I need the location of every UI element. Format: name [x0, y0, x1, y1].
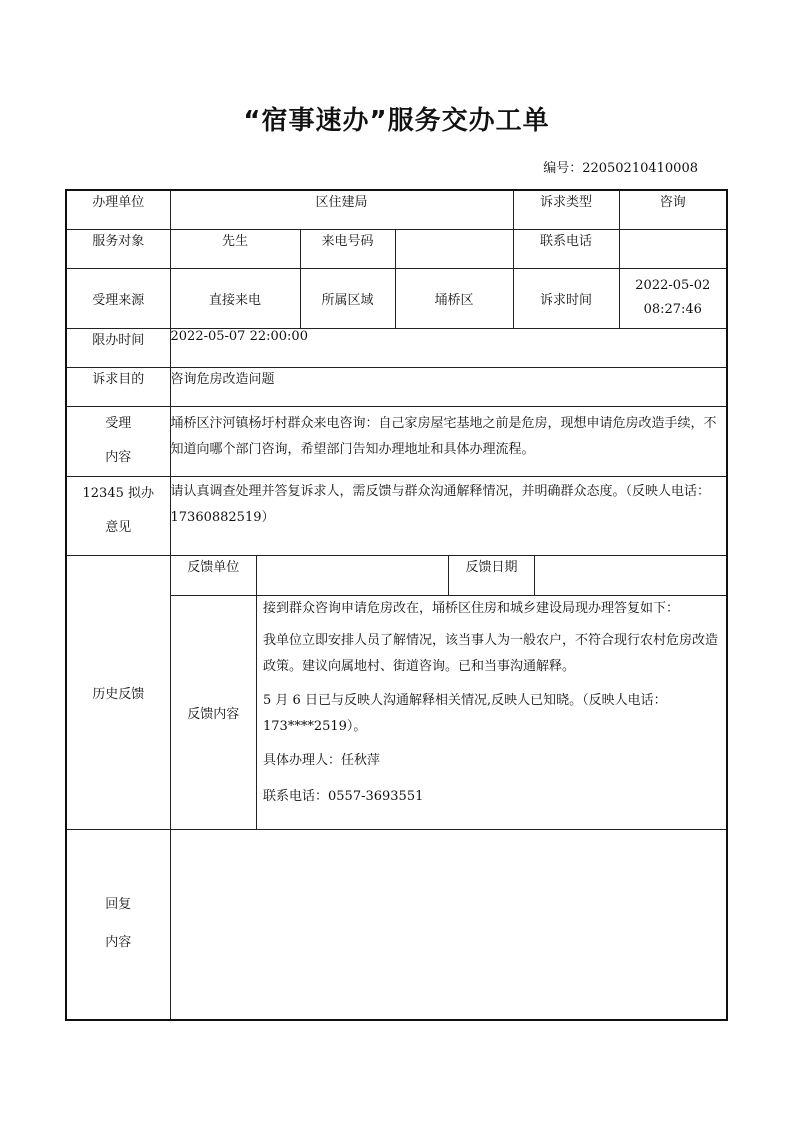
service-target-value: 先生 [170, 229, 300, 268]
document-title: “宿事速办”服务交办工单 [0, 100, 793, 137]
source-label: 受理来源 [66, 268, 170, 328]
feedback-content-label: 反馈内容 [171, 596, 257, 829]
appeal-type-label: 诉求类型 [513, 190, 619, 229]
opinion-label-line1: 12345 拟办 [67, 477, 170, 511]
feedback-paragraph: 我单位立即安排人员了解情况，该当事人为一般农户，不符合现行农村危房改造政策。建议… [263, 628, 720, 680]
content-label: 受理 内容 [66, 406, 170, 476]
caller-number-value [395, 229, 513, 268]
serial-number: 编号：22050210410008 [543, 157, 698, 176]
feedback-unit-value [257, 556, 449, 596]
caller-number-label: 来电号码 [300, 229, 395, 268]
feedback-paragraph: 5 月 6 日已与反映人沟通解释相关情况,反映人已知晓。（反映人电话：173**… [263, 688, 720, 740]
region-label: 所属区域 [300, 268, 395, 328]
reply-content[interactable] [170, 829, 727, 1020]
appeal-type-value: 咨询 [619, 190, 727, 229]
serial-label: 编号： [543, 161, 582, 176]
feedback-date-label: 反馈日期 [449, 556, 535, 596]
opinion-label-line2: 意见 [67, 511, 170, 545]
feedback-date-value [535, 556, 727, 596]
content-label-line1: 受理 [67, 407, 170, 441]
handling-unit-value: 区住建局 [170, 190, 513, 229]
opinion-label: 12345 拟办 意见 [66, 476, 170, 555]
history-label: 历史反馈 [66, 555, 170, 829]
feedback-unit-label: 反馈单位 [171, 556, 257, 596]
deadline-value: 2022-05-07 22:00:00 [170, 328, 727, 367]
feedback-contact-phone: 联系电话：0557-3693551 [263, 784, 720, 810]
history-subtable-cell: 反馈单位 反馈日期 反馈内容 接到群众咨询申请危房改在，埇桥区住房和城乡建设局现… [170, 555, 727, 829]
history-subtable: 反馈单位 反馈日期 反馈内容 接到群众咨询申请危房改在，埇桥区住房和城乡建设局现… [171, 556, 727, 829]
purpose-value: 咨询危房改造问题 [170, 367, 727, 406]
service-target-label: 服务对象 [66, 229, 170, 268]
serial-value: 22050210410008 [582, 161, 698, 176]
work-order-table: 办理单位 区住建局 诉求类型 咨询 服务对象 先生 来电号码 联系电话 受理来源… [65, 189, 728, 1021]
feedback-handler: 具体办理人：任秋萍 [263, 748, 720, 774]
feedback-paragraph: 接到群众咨询申请危房改在，埇桥区住房和城乡建设局现办理答复如下： [263, 596, 720, 622]
contact-phone-value [619, 229, 727, 268]
contact-phone-label: 联系电话 [513, 229, 619, 268]
source-value: 直接来电 [170, 268, 300, 328]
appeal-time-label: 诉求时间 [513, 268, 619, 328]
deadline-label: 限办时间 [66, 328, 170, 367]
purpose-label: 诉求目的 [66, 367, 170, 406]
appeal-time-clock: 08:27:46 [620, 298, 727, 322]
content-value: 埇桥区汴河镇杨圩村群众来电咨询：自己家房屋宅基地之前是危房，现想申请危房改造手续… [170, 406, 727, 476]
region-value: 埇桥区 [395, 268, 513, 328]
handling-unit-label: 办理单位 [66, 190, 170, 229]
reply-label-line1: 回复 [67, 886, 170, 924]
opinion-value: 请认真调查处理并答复诉求人，需反馈与群众沟通解释情况，并明确群众态度。（反映人电… [170, 476, 727, 555]
appeal-time-value: 2022-05-02 08:27:46 [619, 268, 727, 328]
appeal-time-date: 2022-05-02 [620, 274, 727, 298]
reply-label-line2: 内容 [67, 924, 170, 962]
content-label-line2: 内容 [67, 441, 170, 475]
feedback-content: 接到群众咨询申请危房改在，埇桥区住房和城乡建设局现办理答复如下： 我单位立即安排… [257, 596, 727, 829]
reply-label: 回复 内容 [66, 829, 170, 1020]
